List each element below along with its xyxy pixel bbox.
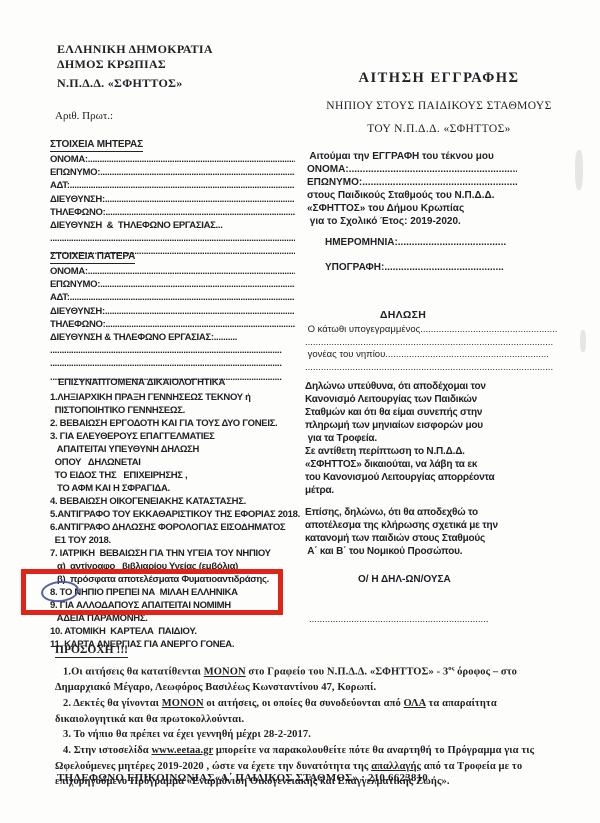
declaration-title: ΔΗΛΩΣΗ [303, 309, 503, 321]
form-field-line: ΔΙΕΥΘΥΝΣΗ:..............................… [50, 193, 295, 206]
notice-item: 2. Δεκτές θα γίνονται ΜΟΝΟΝ οι αιτήσεις,… [55, 696, 549, 727]
form-field-line: ΔΙΕΥΘΥΝΣΗ & ΤΗΛΕΦΩΝΟ ΕΡΓΑΣΙΑΣ:.......... [50, 331, 295, 344]
declaration-body-line: Σε αντίθετη περίπτωση το Ν.Π.Δ.Δ. [305, 445, 575, 458]
form-field-line: ΟΝΟΜΑ:..................................… [50, 265, 295, 278]
declaration-body-line: «ΣΦΗΤΤΟΣ» δικαιούται, να λάβη τα εκ [305, 458, 575, 471]
scan-artifact [580, 330, 586, 352]
signature-line: ΥΠΟΓΡΑΦΗ:...............................… [303, 262, 575, 273]
application-subtitle-2: ΤΟΥ Ν.Π.Δ.Δ. «ΣΦΗΤΤΟΣ» [303, 123, 575, 135]
declaration-body-line: για τα Τροφεία. [305, 432, 575, 445]
request-line: Αιτούμαι την ΕΓΓΡΑΦΗ του τέκνου μου [307, 150, 575, 163]
document-list-line: Ε1 ΤΟΥ 2018. [50, 534, 302, 547]
document-list-line: 1.ΛΗΞΙΑΡΧΙΚΗ ΠΡΑΞΗ ΓΕΝΝΗΣΕΩΣ ΤΕΚΝΟΥ ή [50, 391, 302, 404]
document-list-line: 3. ΓΙΑ ΕΛΕΥΘΕΡΟΥΣ ΕΠΑΓΓΕΛΜΑΤΙΕΣ [50, 430, 302, 443]
notice-section: ΠΡΟΣΟΧΗ !!! 1.Οι αιτήσεις θα κατατίθεντα… [55, 644, 549, 790]
form-field-line: ΕΠΩΝΥΜΟ:................................… [50, 278, 295, 291]
form-field-line: ΤΗΛΕΦΩΝΟ:...............................… [50, 318, 295, 331]
document-list-line: 10. ΑΤΟΜΙΚΗ ΚΑΡΤΕΛΑ ΠΑΙΔΙΟΥ. [50, 625, 302, 638]
document-list-line: ΟΠΟΥ ΔΗΛΩΝΕΤΑΙ [50, 456, 302, 469]
request-body-line-2: «ΣΦΗΤΤΟΣ» του Δήμου Κρωπίας [307, 202, 575, 215]
authority-line-1: ΕΛΛΗΝΙΚΗ ΔΗΜΟΚΡΑΤΙΑ [57, 42, 213, 57]
form-field-line: ΔΙΕΥΘΥΝΣΗ:..............................… [50, 305, 295, 318]
form-field-line: ΕΠΩΝΥΜΟ:................................… [50, 166, 295, 179]
authority-header: ΕΛΛΗΝΙΚΗ ΔΗΜΟΚΡΑΤΙΑ ΔΗΜΟΣ ΚΡΩΠΙΑΣ Ν.Π.Δ.… [57, 42, 213, 91]
declaration-body-line: Α΄ και Β΄ του Νομικού Προσώπου. [305, 545, 575, 558]
documents-section-title: ΕΠΙΣΥΝΑΠΤΟΜΕΝΑ ΔΙΚΑΙΟΛΟΓΗΤΙΚΑ [50, 377, 302, 391]
application-column: ΑΙΤΗΣΗ ΕΓΓΡΑΦΗΣ ΝΗΠΙΟΥ ΣΤΟΥΣ ΠΑΙΔΙΚΟΥΣ Σ… [303, 70, 575, 625]
document-list-line: ΠΙΣΤΟΠΟΙΗΤΙΚΟ ΓΕΝΝΗΣΕΩΣ. [50, 404, 302, 417]
declaration-body-line: Επίσης, δηλώνω, ότι θα αποδεχθώ το [305, 506, 575, 519]
request-body-line-1: στους Παιδικούς Σταθμούς του Ν.Π.Δ.Δ. [307, 189, 575, 202]
protocol-number-label: Αριθ. Πρωτ.: [55, 110, 113, 122]
document-list-line: 7. ΙΑΤΡΙΚΗ ΒΕΒΑΙΩΣΗ ΓΙΑ ΤΗΝ ΥΓΕΙΑ ΤΟΥ ΝΗ… [50, 547, 302, 560]
declaration-body-line: μέτρα. [305, 484, 575, 497]
form-field-line: ΔΙΕΥΘΥΝΣΗ & ΤΗΛΕΦΩΝΟ ΕΡΓΑΣΙΑΣ... [50, 219, 295, 232]
application-subtitle-1: ΝΗΠΙΟΥ ΣΤΟΥΣ ΠΑΙΔΙΚΟΥΣ ΣΤΑΘΜΟΥΣ [303, 100, 575, 112]
document-list-line: 5.ΑΝΤΙΓΡΑΦΟ ΤΟΥ ΕΚΚΑΘΑΡΙΣΤΙΚΟΥ ΤΗΣ ΕΦΟΡΙ… [50, 508, 302, 521]
notice-item: 3. Το νήπιο θα πρέπει να έχει γεννηθή μέ… [55, 727, 549, 743]
document-list-line: 4. ΒΕΒΑΙΩΣΗ ΟΙΚΟΓΕΝΕΙΑΚΗΣ ΚΑΤΑΣΤΑΣΗΣ. [50, 495, 302, 508]
declaration-body-line: πληρωμή των μηνιαίων εισφορών μου [305, 419, 575, 432]
document-list-line: ΤΟ ΑΦΜ ΚΑΙ Η ΣΦΡΑΓΙΔΑ. [50, 482, 302, 495]
father-section-title: ΣΤΟΙΧΕΙΑ ΠΑΤΕΡΑ [50, 251, 298, 262]
application-title: ΑΙΤΗΣΗ ΕΓΓΡΑΦΗΣ [303, 70, 575, 87]
form-field-line: ΑΔΤ:....................................… [50, 291, 295, 304]
declaration-intro: Ο κάτωθι υπογεγραμμένος.................… [303, 324, 575, 374]
declaration-body-line: Δηλώνω υπεύθυνα, ότι αποδέχομαι τον [305, 380, 575, 393]
mother-section: ΣΤΟΙΧΕΙΑ ΜΗΤΕΡΑΣ ΟΝΟΜΑ:.................… [50, 139, 298, 259]
declaration-intro-line: γονέας του νηπίου.......................… [305, 349, 557, 362]
notice-items: 1.Οι αιτήσεις θα κατατίθενται ΜΟΝΟΝ στο … [55, 661, 549, 790]
scanned-application-form: ΕΛΛΗΝΙΚΗ ΔΗΜΟΚΡΑΤΙΑ ΔΗΜΟΣ ΚΡΩΠΙΑΣ Ν.Π.Δ.… [0, 0, 600, 823]
declaration-body-line: αποτέλεσμα της κλήρωσης σχετικά με την [305, 519, 575, 532]
declaration-body-line: Σταθμών και ότι θα είμαι συνεπής στην [305, 406, 575, 419]
form-field-line: ΟΝΟΜΑ:..................................… [50, 153, 295, 166]
document-list-line: 6.ΑΝΤΙΓΡΑΦΟ ΔΗΛΩΣΗΣ ΦΟΡΟΛΟΓΙΑΣ ΕΙΣΟΔΗΜΑΤ… [50, 521, 302, 534]
child-surname-line: ΕΠΩΝΥΜΟ:................................… [307, 176, 517, 189]
declaration-body-line: του Κανονισμού Λειτουργίας απορρέοντα [305, 471, 575, 484]
declaration-intro-line: ........................................… [305, 337, 557, 350]
form-field-line: ΑΔΤ:....................................… [50, 179, 295, 192]
form-field-line: ΤΗΛΕΦΩΝΟ:...............................… [50, 206, 295, 219]
form-field-line: ........................................… [50, 232, 295, 245]
declarant-signature-dots: ........................................… [303, 614, 489, 625]
authority-line-2: ΔΗΜΟΣ ΚΡΩΠΙΑΣ [57, 57, 213, 72]
mother-section-title: ΣΤΟΙΧΕΙΑ ΜΗΤΕΡΑΣ [50, 139, 298, 150]
school-year-line: για το Σχολικό Έτος: 2019-2020. [307, 215, 575, 228]
mother-fields: ΟΝΟΜΑ:..................................… [50, 153, 298, 259]
scan-artifact [575, 150, 583, 190]
notice-title: ΠΡΟΣΟΧΗ !!! [55, 644, 549, 661]
declaration-body-line: Κανονισμό Λειτουργίας των Παιδικών [305, 393, 575, 406]
form-field-line: ........................................… [50, 344, 295, 357]
father-fields: ΟΝΟΜΑ:..................................… [50, 265, 298, 384]
document-list-line: 2. ΒΕΒΑΙΩΣΗ ΕΡΓΟΔΟΤΗ ΚΑΙ ΓΙΑ ΤΟΥΣ ΔΥΟ ΓΟ… [50, 417, 302, 430]
child-name-line: ΟΝΟΜΑ:..................................… [307, 163, 517, 176]
document-list-line: ΑΠΑΙΤΕΙΤΑΙ ΥΠΕΥΘΥΝΗ ΔΗΛΩΣΗ [50, 443, 302, 456]
father-section: ΣΤΟΙΧΕΙΑ ΠΑΤΕΡΑ ΟΝΟΜΑ:..................… [50, 251, 298, 384]
declaration-body-line: κατανομή των παιδιών στους Σταθμούς [305, 532, 575, 545]
document-list-line: ΤΟ ΕΙΔΟΣ ΤΗΣ ΕΠΙΧΕΙΡΗΣΗΣ , [50, 469, 302, 482]
date-line: ΗΜΕΡΟΜΗΝΙΑ:.............................… [303, 237, 575, 248]
declaration-body-1: Δηλώνω υπεύθυνα, ότι αποδέχομαι τονΚανον… [303, 380, 575, 497]
notice-item: 1.Οι αιτήσεις θα κατατίθενται ΜΟΝΟΝ στο … [55, 661, 549, 696]
declaration-body-2: Επίσης, δηλώνω, ότι θα αποδεχθώ τοαποτέλ… [303, 506, 575, 558]
declaration-intro-line: Ο κάτωθι υπογεγραμμένος.................… [305, 324, 557, 337]
declarant-label: Ο/ Η ΔΗΛ-ΩΝ/ΟΥΣΑ [303, 574, 575, 585]
authority-line-3: Ν.Π.Δ.Δ. «ΣΦΗΤΤΟΣ» [57, 76, 213, 91]
contact-phone-line: ΤΗΛΕΦΩΝΟ ΕΠΙΚΟΙΝΩΝΙΑΣ«Α΄ ΠΑΙΔΙΚΟΣ ΣΤΑΘΜΟ… [57, 772, 428, 784]
declaration-intro-line: ........................................… [305, 362, 557, 375]
form-field-line: ........................................… [50, 357, 295, 370]
request-block: Αιτούμαι την ΕΓΓΡΑΦΗ του τέκνου μου ΟΝΟΜ… [303, 150, 575, 228]
